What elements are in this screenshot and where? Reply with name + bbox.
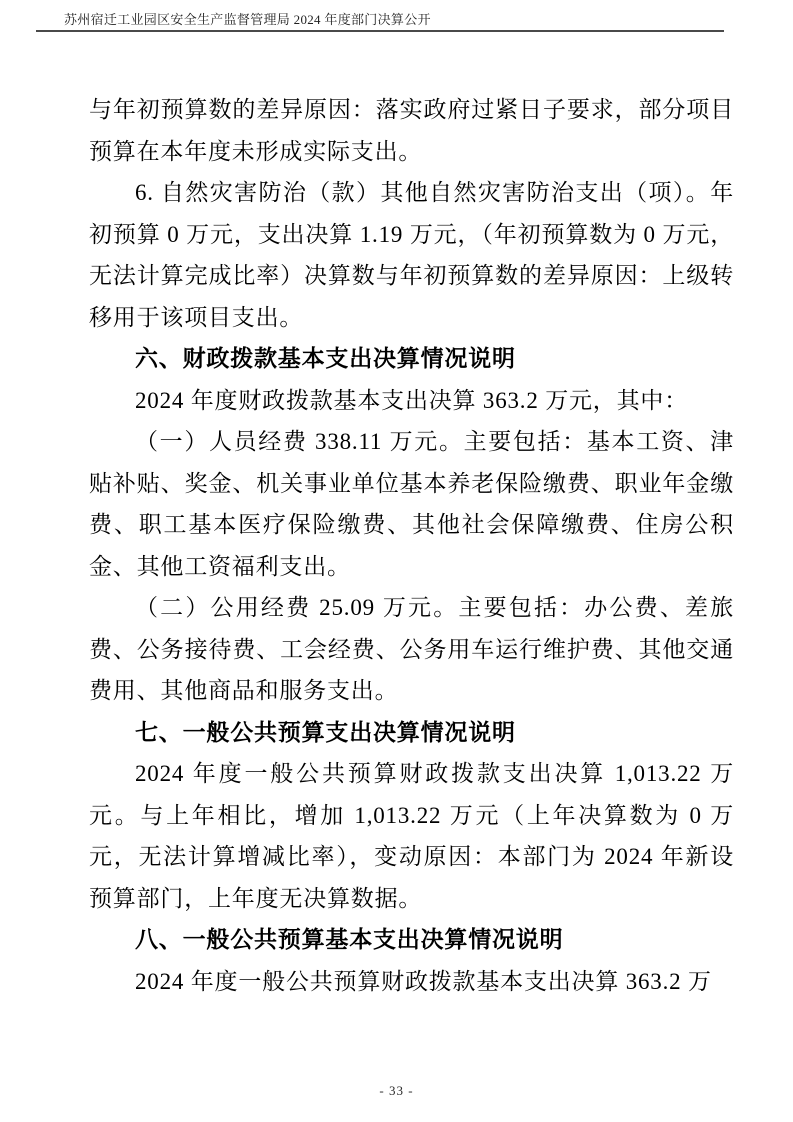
paragraph-public-funds: （二）公用经费 25.09 万元。主要包括：办公费、差旅费、公务接待费、工会经费… [89, 587, 734, 712]
document-page: 苏州宿迁工业园区安全生产监督管理局 2024 年度部门决算公开 与年初预算数的差… [0, 0, 793, 1122]
section-heading-7: 七、一般公共预算支出决算情况说明 [89, 712, 734, 754]
page-number: - 33 - [379, 1083, 413, 1098]
page-footer: - 33 - [0, 1082, 793, 1100]
paragraph-general-budget-basic-expenditure: 2024 年度一般公共预算财政拨款基本支出决算 363.2 万 [89, 961, 734, 1003]
document-body: 与年初预算数的差异原因：落实政府过紧日子要求，部分项目预算在本年度未形成实际支出… [89, 89, 734, 1002]
page-header: 苏州宿迁工业园区安全生产监督管理局 2024 年度部门决算公开 [36, 12, 724, 32]
header-title: 苏州宿迁工业园区安全生产监督管理局 2024 年度部门决算公开 [36, 12, 724, 27]
paragraph-continuation: 与年初预算数的差异原因：落实政府过紧日子要求，部分项目预算在本年度未形成实际支出… [89, 89, 734, 172]
paragraph-personnel-funds: （一）人员经费 338.11 万元。主要包括：基本工资、津贴补贴、奖金、机关事业… [89, 421, 734, 587]
paragraph-general-budget-expenditure: 2024 年度一般公共预算财政拨款支出决算 1,013.22 万元。与上年相比，… [89, 753, 734, 919]
paragraph-basic-expenditure-total: 2024 年度财政拨款基本支出决算 363.2 万元，其中： [89, 380, 734, 422]
section-heading-8: 八、一般公共预算基本支出决算情况说明 [89, 919, 734, 961]
paragraph-item-6: 6. 自然灾害防治（款）其他自然灾害防治支出（项）。年初预算 0 万元，支出决算… [89, 172, 734, 338]
section-heading-6: 六、财政拨款基本支出决算情况说明 [89, 338, 734, 380]
